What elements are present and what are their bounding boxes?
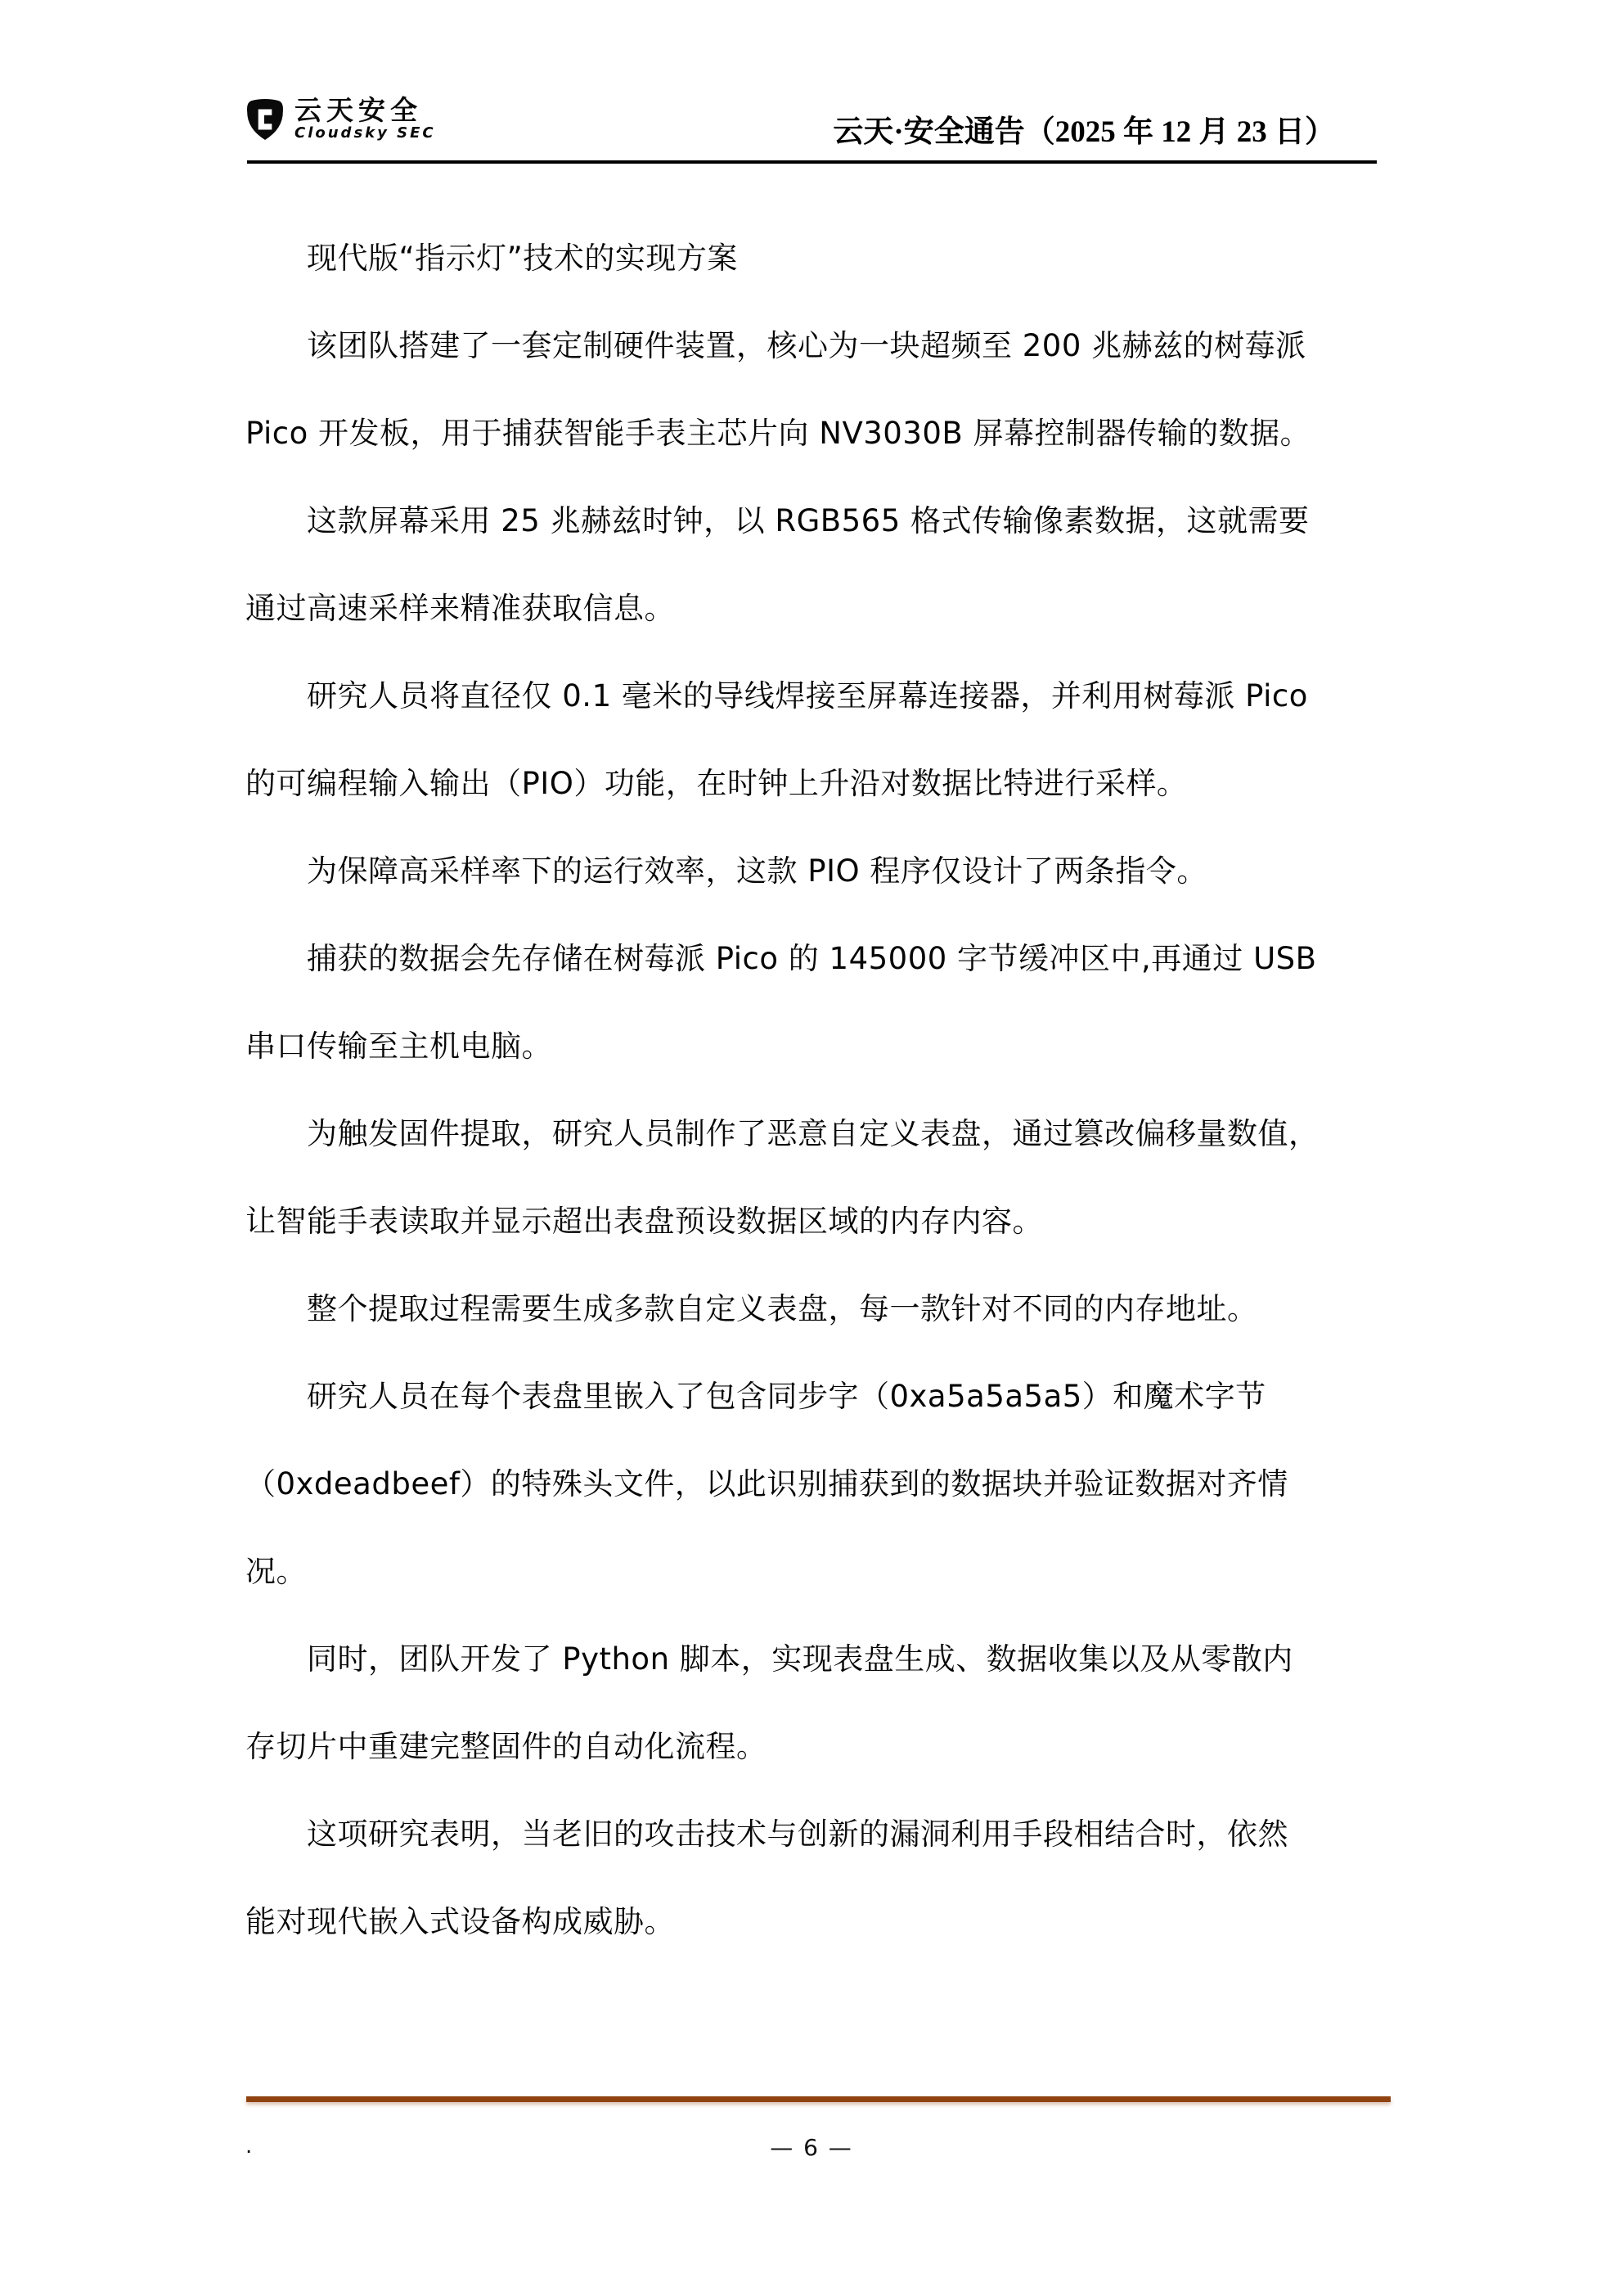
footer-accent-bar [246, 2096, 1391, 2102]
body-line: 的可编程输入输出（PIO）功能，在时钟上升沿对数据比特进行采样。 [245, 740, 1384, 827]
body-line: 为保障高采样率下的运行效率，这款 PIO 程序仅设计了两条指令。 [245, 827, 1384, 915]
body-line: 能对现代嵌入式设备构成威胁。 [245, 1878, 1384, 1965]
brand-text: 云天安全 Cloudsky SEC [294, 97, 436, 142]
page-number: — 6 — [0, 2134, 1623, 2162]
body-line: 这款屏幕采用 25 兆赫兹时钟，以 RGB565 格式传输像素数据，这就需要 [245, 477, 1384, 565]
body-line: 捕获的数据会先存储在树莓派 Pico 的 145000 字节缓冲区中,再通过 U… [245, 915, 1384, 1002]
document-page: 云天安全 Cloudsky SEC 云天·安全通告（2025 年 12 月 23… [0, 0, 1623, 2296]
brand-name-cn: 云天安全 [294, 97, 436, 124]
body-line: 整个提取过程需要生成多款自定义表盘，每一款针对不同的内存地址。 [245, 1265, 1384, 1353]
body-line: （0xdeadbeef）的特殊头文件，以此识别捕获到的数据块并验证数据对齐情 [245, 1440, 1384, 1528]
body-line: Pico 开发板，用于捕获智能手表主芯片向 NV3030B 屏幕控制器传输的数据… [245, 389, 1384, 477]
body-line: 况。 [245, 1528, 1384, 1615]
company-logo: 云天安全 Cloudsky SEC [245, 97, 436, 142]
body-line: 研究人员将直径仅 0.1 毫米的导线焊接至屏幕连接器，并利用树莓派 Pico [245, 652, 1384, 740]
body-line: 现代版“指示灯”技术的实现方案 [245, 214, 1384, 302]
document-body: 现代版“指示灯”技术的实现方案 该团队搭建了一套定制硬件装置，核心为一块超频至 … [245, 214, 1384, 1965]
body-line: 让智能手表读取并显示超出表盘预设数据区域的内存内容。 [245, 1177, 1384, 1265]
body-line: 这项研究表明，当老旧的攻击技术与创新的漏洞利用手段相结合时，依然 [245, 1790, 1384, 1878]
shield-c-logo-icon [245, 98, 285, 141]
body-line: 同时，团队开发了 Python 脚本，实现表盘生成、数据收集以及从零散内 [245, 1615, 1384, 1703]
brand-name-en: Cloudsky SEC [294, 124, 436, 142]
body-line: 为触发固件提取，研究人员制作了恶意自定义表盘，通过篡改偏移量数值， [245, 1090, 1384, 1177]
body-line: 研究人员在每个表盘里嵌入了包含同步字（0xa5a5a5a5）和魔术字节 [245, 1353, 1384, 1440]
body-line: 通过高速采样来精准获取信息。 [245, 565, 1384, 652]
body-line: 存切片中重建完整固件的自动化流程。 [245, 1703, 1384, 1790]
body-line: 该团队搭建了一套定制硬件装置，核心为一块超频至 200 兆赫兹的树莓派 [245, 302, 1384, 389]
header-divider [247, 160, 1377, 164]
bulletin-title: 云天·安全通告（2025 年 12 月 23 日） [833, 116, 1335, 149]
body-line: 串口传输至主机电脑。 [245, 1002, 1384, 1090]
